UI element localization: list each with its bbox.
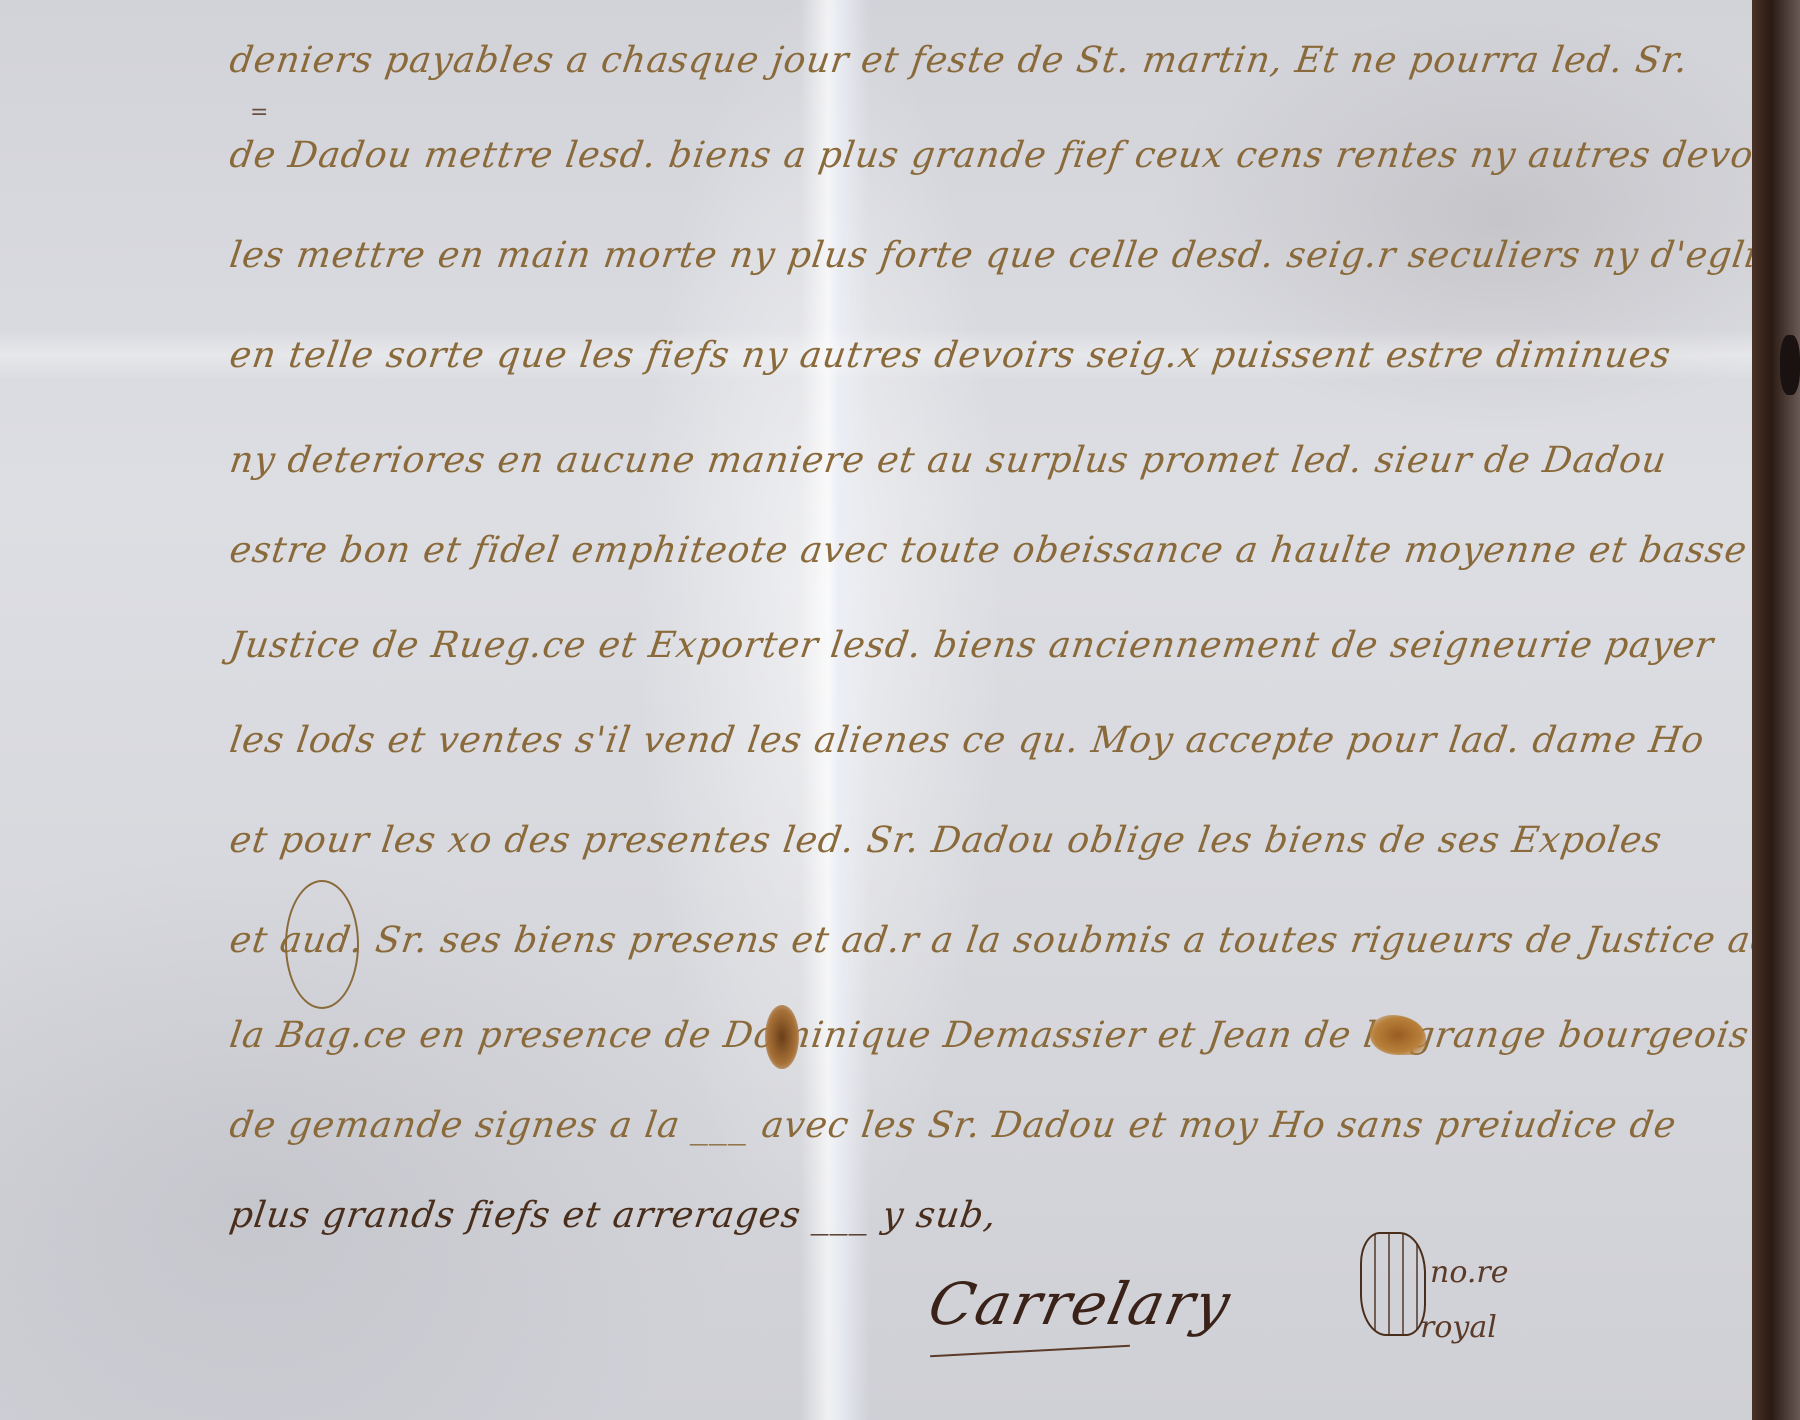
text-line-10: et aud. Sr. ses biens presens et ad.r a … [227, 920, 1800, 961]
ink-stain [765, 1005, 799, 1069]
text-line-11: la Bag.ce en presence de Dominique Demas… [227, 1015, 1800, 1056]
text-line-7: Justice de Rueg.ce et Exporter lesd. bie… [227, 625, 1716, 666]
text-line-1: deniers payables a chasque jour et feste… [227, 40, 1691, 81]
text-line-12: de gemande signes a la ___ avec les Sr. … [227, 1105, 1679, 1146]
notary-paraph-icon [1360, 1232, 1426, 1336]
notary-title-top: no.re [1430, 1255, 1509, 1290]
text-line-4: en telle sorte que les fiefs ny autres d… [227, 335, 1674, 376]
circled-word-mark [285, 880, 359, 1009]
edge-ink-blot [1780, 335, 1800, 395]
text-line-2: de Dadou mettre lesd. biens a plus grand… [227, 135, 1800, 176]
manuscript-page: = deniers payables a chasque jour et fes… [0, 0, 1762, 1420]
notary-title-bottom: royal [1420, 1310, 1497, 1345]
text-line-13: plus grands fiefs et arrerages ___ y sub… [227, 1195, 999, 1236]
text-line-6: estre bon et fidel emphiteote avec toute… [227, 530, 1750, 571]
signature: Carrelary [923, 1270, 1238, 1338]
text-line-3: les mettre en main morte ny plus forte q… [227, 235, 1800, 276]
text-line-9: et pour les xo des presentes led. Sr. Da… [227, 820, 1665, 861]
text-line-5: ny deteriores en aucune maniere et au su… [227, 440, 1669, 481]
page-edge-shadow [1752, 0, 1800, 1420]
margin-mark: = [250, 100, 268, 125]
signature-underline [930, 1345, 1130, 1357]
text-line-8: les lods et ventes s'il vend les alienes… [227, 720, 1707, 761]
